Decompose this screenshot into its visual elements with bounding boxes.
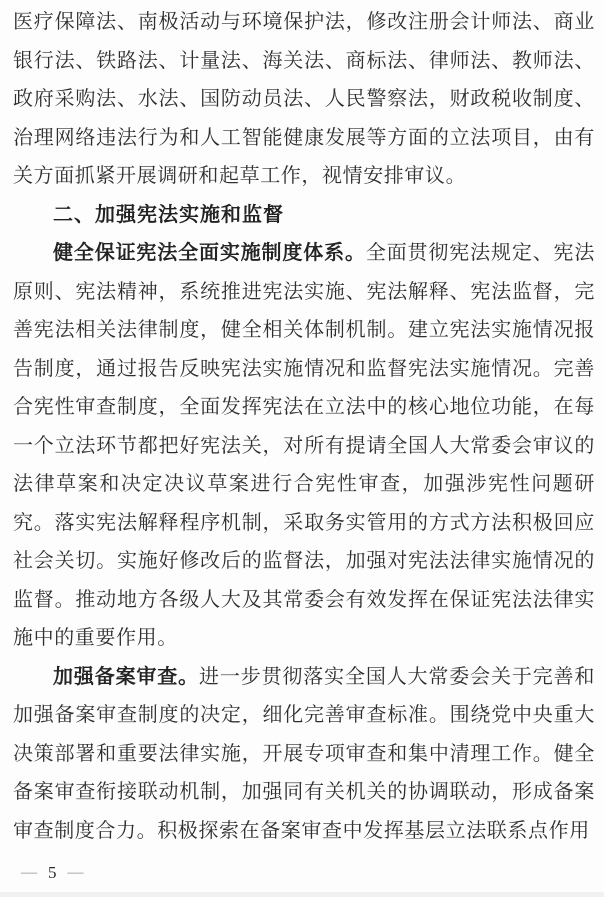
section-heading: 二、加强宪法实施和监督 — [13, 196, 595, 235]
paragraph-legislation-continuation: 医疗保障法、南极活动与环境保护法，修改注册会计师法、商业银行法、铁路法、计量法、… — [13, 3, 595, 196]
paragraph-record-review-text: 进一步贯彻落实全国人大常委会关于完善和加强备案审查制度的决定，细化完善审查标准。… — [13, 666, 595, 842]
page-number-dash-left: — — [21, 863, 37, 883]
page-number: — 5 — — [21, 863, 84, 883]
document-content: 医疗保障法、南极活动与环境保护法，修改注册会计师法、商业银行法、铁路法、计量法、… — [0, 0, 604, 850]
document-page: 医疗保障法、南极活动与环境保护法，修改注册会计师法、商业银行法、铁路法、计量法、… — [0, 0, 604, 897]
page-bottom-edge — [0, 892, 604, 897]
paragraph-record-review: 加强备案审查。进一步贯彻落实全国人大常委会关于完善和加强备案审查制度的决定，细化… — [13, 658, 595, 851]
page-number-dash-right: — — [68, 863, 84, 883]
paragraph-record-review-lead: 加强备案审查。 — [53, 666, 199, 688]
paragraph-constitution: 健全保证宪法全面实施制度体系。全面贯彻宪法规定、宪法原则、宪法精神，系统推进宪法… — [13, 234, 595, 658]
paragraph-constitution-text: 全面贯彻宪法规定、宪法原则、宪法精神，系统推进宪法实施、宪法解释、宪法监督，完善… — [13, 242, 595, 649]
paragraph-constitution-lead: 健全保证宪法全面实施制度体系。 — [53, 242, 366, 264]
page-number-value: 5 — [48, 863, 57, 883]
